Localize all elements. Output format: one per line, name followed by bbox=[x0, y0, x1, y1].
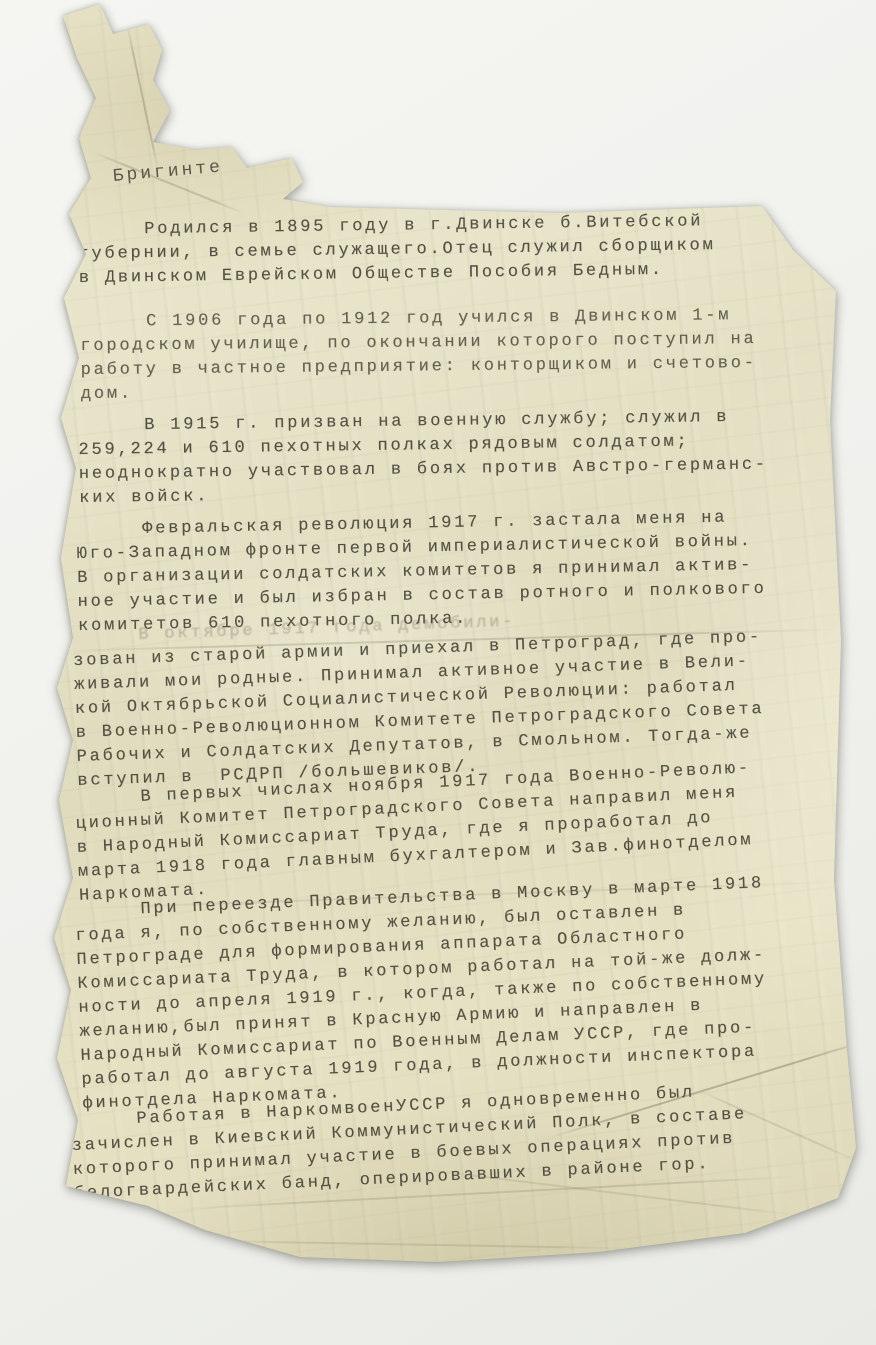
scanned-document-page: { "page": { "background_color": "#f0f1ed… bbox=[0, 0, 876, 1345]
paragraph-education: С 1906 года по 1912 год учился в Двинско… bbox=[80, 304, 757, 407]
crease-line bbox=[127, 24, 160, 171]
crease-line bbox=[210, 1240, 630, 1249]
document-paper: Бригинте Родился в 1895 году в г.Двинске… bbox=[0, 0, 876, 1345]
paragraph-moscow-move-red-army: При переезде Правительства в Москву в ма… bbox=[74, 872, 773, 1117]
paragraph-military-service: В 1915 г. призван на военную службу; слу… bbox=[78, 405, 768, 511]
paper-shadow-wrap: Бригинте Родился в 1895 году в г.Двинске… bbox=[0, 0, 876, 1345]
paragraph-birth: Родился в 1895 году в г.Двинске б.Витебс… bbox=[78, 210, 716, 291]
header-fragment: Бригинте bbox=[112, 157, 224, 187]
